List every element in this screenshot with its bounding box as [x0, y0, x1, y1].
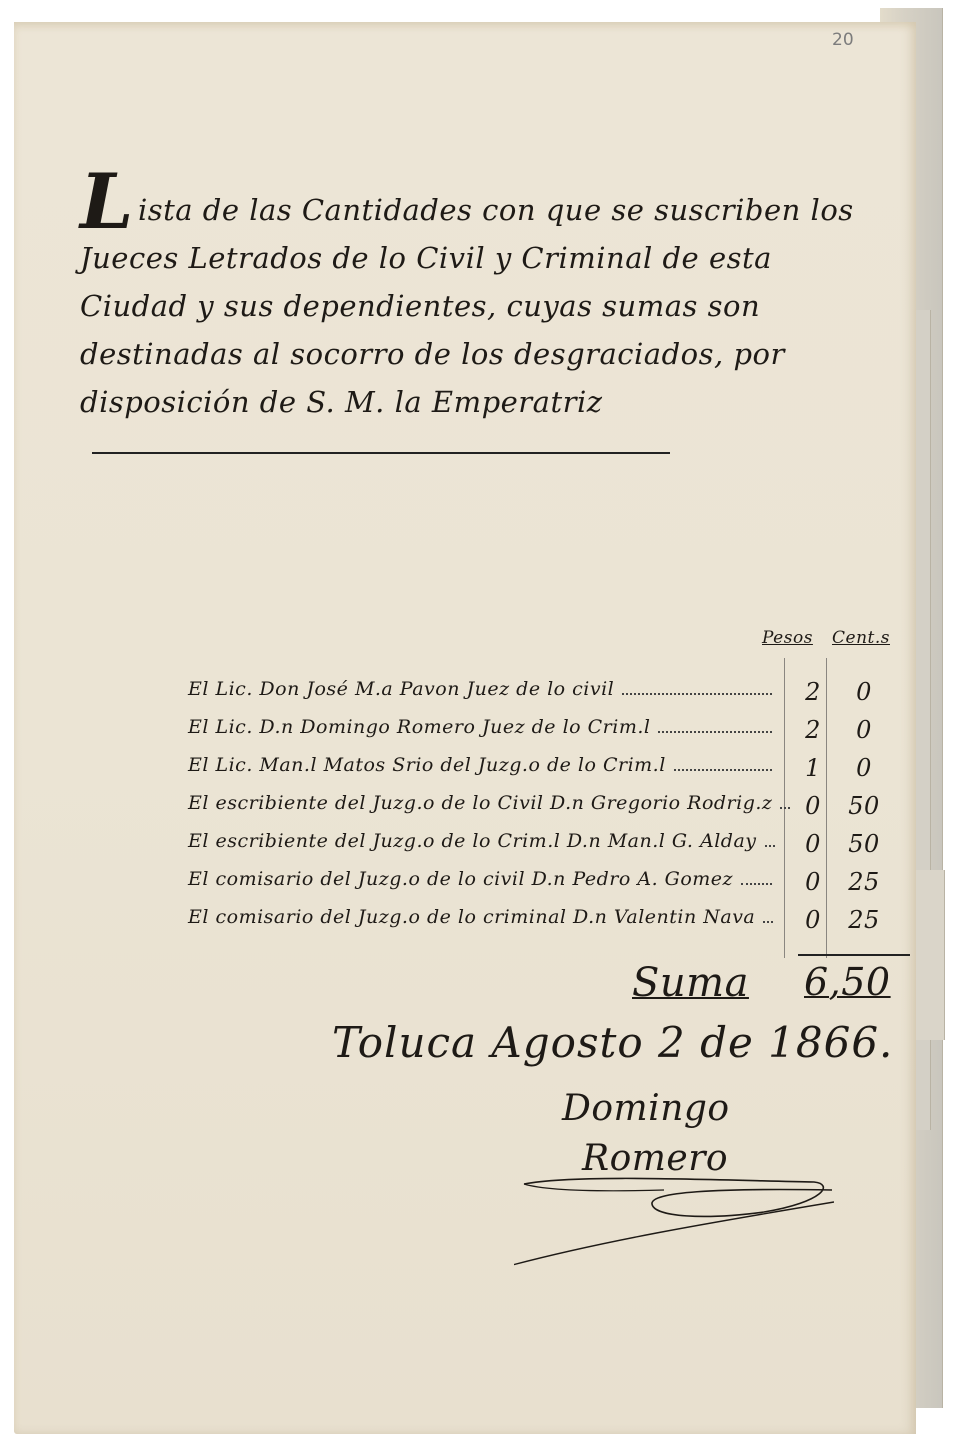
list-item: El escribiente del Juzg.o de lo Crim.l D…	[188, 830, 888, 868]
total-rule	[798, 954, 910, 956]
total-label: Suma	[632, 960, 749, 1006]
leader-dots	[674, 769, 772, 771]
leader-dots	[741, 883, 772, 885]
leader-dots	[658, 731, 772, 733]
entry-pesos: 0	[796, 906, 830, 934]
entry-pesos: 2	[796, 678, 830, 706]
list-item: El Lic. D.n Domingo Romero Juez de lo Cr…	[188, 716, 888, 754]
entry-centavos: 0	[838, 716, 890, 744]
folio-number: 20	[832, 30, 854, 50]
entry-centavos: 25	[838, 906, 890, 934]
column-header-pesos: Pesos	[762, 628, 813, 648]
heading-text: ista de las Cantidades con que se suscri…	[80, 193, 854, 419]
entry-pesos: 0	[796, 792, 830, 820]
entry-description: El escribiente del Juzg.o de lo Civil D.…	[188, 792, 772, 814]
entry-pesos: 0	[796, 868, 830, 896]
entry-description: El Lic. Man.l Matos Srio del Juzg.o de l…	[188, 754, 666, 776]
entry-pesos: 2	[796, 716, 830, 744]
entry-description: El comisario del Juzg.o de lo civil D.n …	[188, 868, 733, 890]
entry-centavos: 25	[838, 868, 890, 896]
leader-dots	[763, 921, 773, 923]
entry-description: El escribiente del Juzg.o de lo Crim.l D…	[188, 830, 757, 852]
place-and-date: Toluca Agosto 2 de 1866.	[332, 1018, 893, 1067]
list-item: El Lic. Don José M.a Pavon Juez de lo ci…	[188, 678, 888, 716]
entry-description: El comisario del Juzg.o de lo criminal D…	[188, 906, 755, 928]
leader-dots	[765, 845, 775, 847]
leader-dots	[780, 807, 790, 809]
contribution-list: El Lic. Don José M.a Pavon Juez de lo ci…	[188, 678, 888, 944]
manuscript-page: 20 Lista de las Cantidades con que se su…	[14, 22, 916, 1434]
document-heading: Lista de las Cantidades con que se suscr…	[80, 182, 870, 474]
signature-flourish-icon	[514, 1162, 834, 1272]
leader-dots	[622, 693, 772, 695]
signature-first-name: Domingo	[562, 1084, 730, 1134]
column-header-centavos: Cent.s	[832, 628, 890, 648]
list-item: El comisario del Juzg.o de lo civil D.n …	[188, 868, 888, 906]
entry-pesos: 0	[796, 830, 830, 858]
entry-pesos: 1	[796, 754, 830, 782]
entry-description: El Lic. D.n Domingo Romero Juez de lo Cr…	[188, 716, 650, 738]
list-item: El Lic. Man.l Matos Srio del Juzg.o de l…	[188, 754, 888, 792]
list-item: El comisario del Juzg.o de lo criminal D…	[188, 906, 888, 944]
entry-description: El Lic. Don José M.a Pavon Juez de lo ci…	[188, 678, 614, 700]
heading-rule	[92, 452, 670, 454]
entry-centavos: 0	[838, 754, 890, 782]
entry-centavos: 0	[838, 678, 890, 706]
list-item: El escribiente del Juzg.o de lo Civil D.…	[188, 792, 888, 830]
drop-cap: L	[80, 157, 134, 246]
entry-centavos: 50	[838, 792, 890, 820]
total-value: 6,50	[804, 960, 891, 1004]
entry-centavos: 50	[838, 830, 890, 858]
